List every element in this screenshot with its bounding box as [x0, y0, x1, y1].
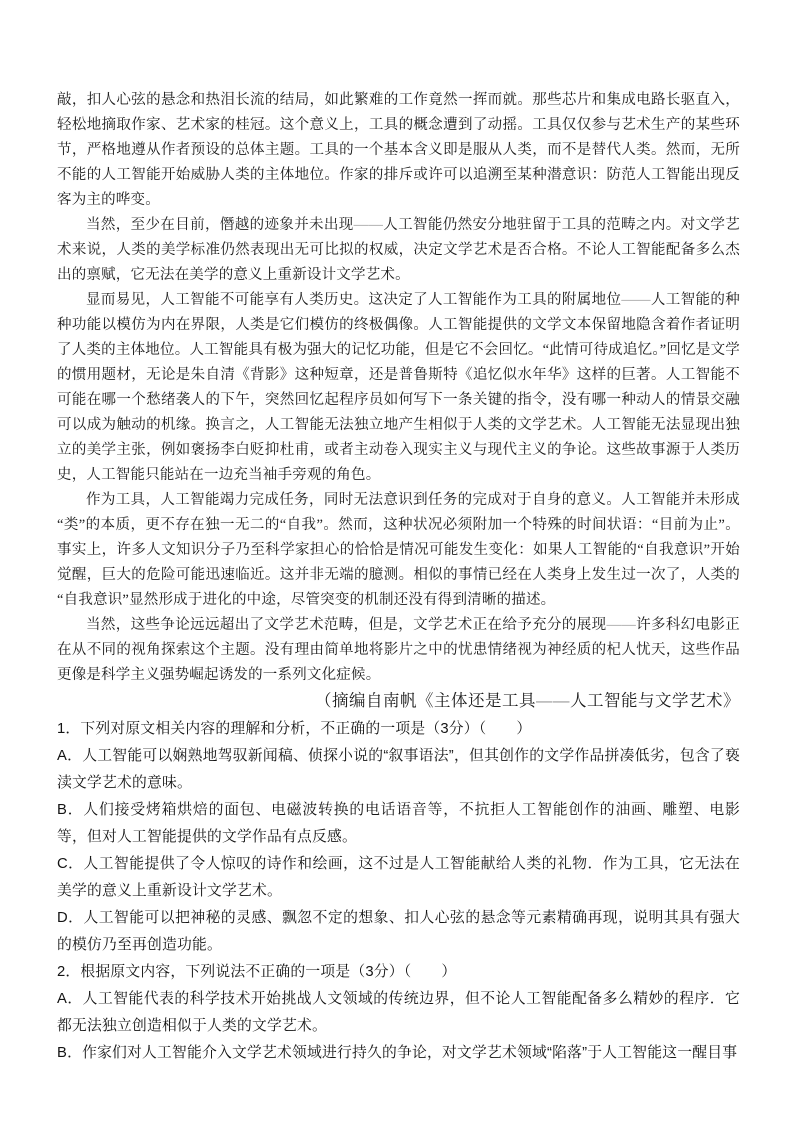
- passage-paragraph: 当然，这些争论远远超出了文学艺术范畴，但是，文学艺术正在给予充分的展现——许多科…: [57, 613, 740, 688]
- passage-paragraph: 敲，扣人心弦的悬念和热泪长流的结局，如此繁难的工作竟然一挥而就。那些芯片和集成电…: [57, 88, 740, 213]
- passage-paragraph: 作为工具，人工智能竭力完成任务，同时无法意识到任务的完成对于自身的意义。人工智能…: [57, 488, 740, 613]
- em-dash: ——: [354, 217, 383, 233]
- em-dash: ——: [607, 617, 636, 633]
- em-dash: ——: [621, 292, 650, 308]
- question-stem: 2．根据原文内容，下列说法不正确的一项是（3分）（ ）: [57, 959, 740, 986]
- exam-page: 敲，扣人心弦的悬念和热泪长流的结局，如此繁难的工作竟然一挥而就。那些芯片和集成电…: [0, 0, 794, 1123]
- answer-option: D．人工智能可以把神秘的灵感、飘忽不定的想象、扣人心弦的悬念等元素精确再现，说明…: [57, 905, 740, 959]
- question-block: 2．根据原文内容，下列说法不正确的一项是（3分）（ ）A．人工智能代表的科学技术…: [57, 959, 740, 1067]
- answer-option: B．人们接受烤箱烘焙的面包、电磁波转换的电话语音等，不抗拒人工智能创作的油画、雕…: [57, 797, 740, 851]
- passage-attribution: （摘编自南帆《主体还是工具——人工智能与文学艺术》: [57, 688, 740, 715]
- question-block: 1．下列对原文相关内容的理解和分析，不正确的一项是（3分）（ ）A．人工智能可以…: [57, 716, 740, 959]
- answer-option: B．作家们对人工智能介入文学艺术领域进行持久的争论，对文学艺术领域“陷落”于人工…: [57, 1040, 740, 1067]
- answer-option: A．人工智能可以娴熟地驾驭新闻稿、侦探小说的“叙事语法”，但其创作的文学作品拼凑…: [57, 743, 740, 797]
- passage-paragraph: 显而易见，人工智能不可能享有人类历史。这决定了人工智能作为工具的附属地位——人工…: [57, 288, 740, 488]
- questions-section: 1．下列对原文相关内容的理解和分析，不正确的一项是（3分）（ ）A．人工智能可以…: [57, 716, 740, 1067]
- reading-passage: 敲，扣人心弦的悬念和热泪长流的结局，如此繁难的工作竟然一挥而就。那些芯片和集成电…: [57, 88, 740, 688]
- passage-paragraph: 当然，至少在目前，僭越的迹象并未出现——人工智能仍然安分地驻留于工具的范畴之内。…: [57, 213, 740, 288]
- em-dash: ——: [536, 692, 570, 710]
- question-stem: 1．下列对原文相关内容的理解和分析，不正确的一项是（3分）（ ）: [57, 716, 740, 743]
- answer-option: C．人工智能提供了令人惊叹的诗作和绘画，这不过是人工智能献给人类的礼物．作为工具…: [57, 851, 740, 905]
- answer-option: A．人工智能代表的科学技术开始挑战人文领域的传统边界，但不论人工智能配备多么精妙…: [57, 986, 740, 1040]
